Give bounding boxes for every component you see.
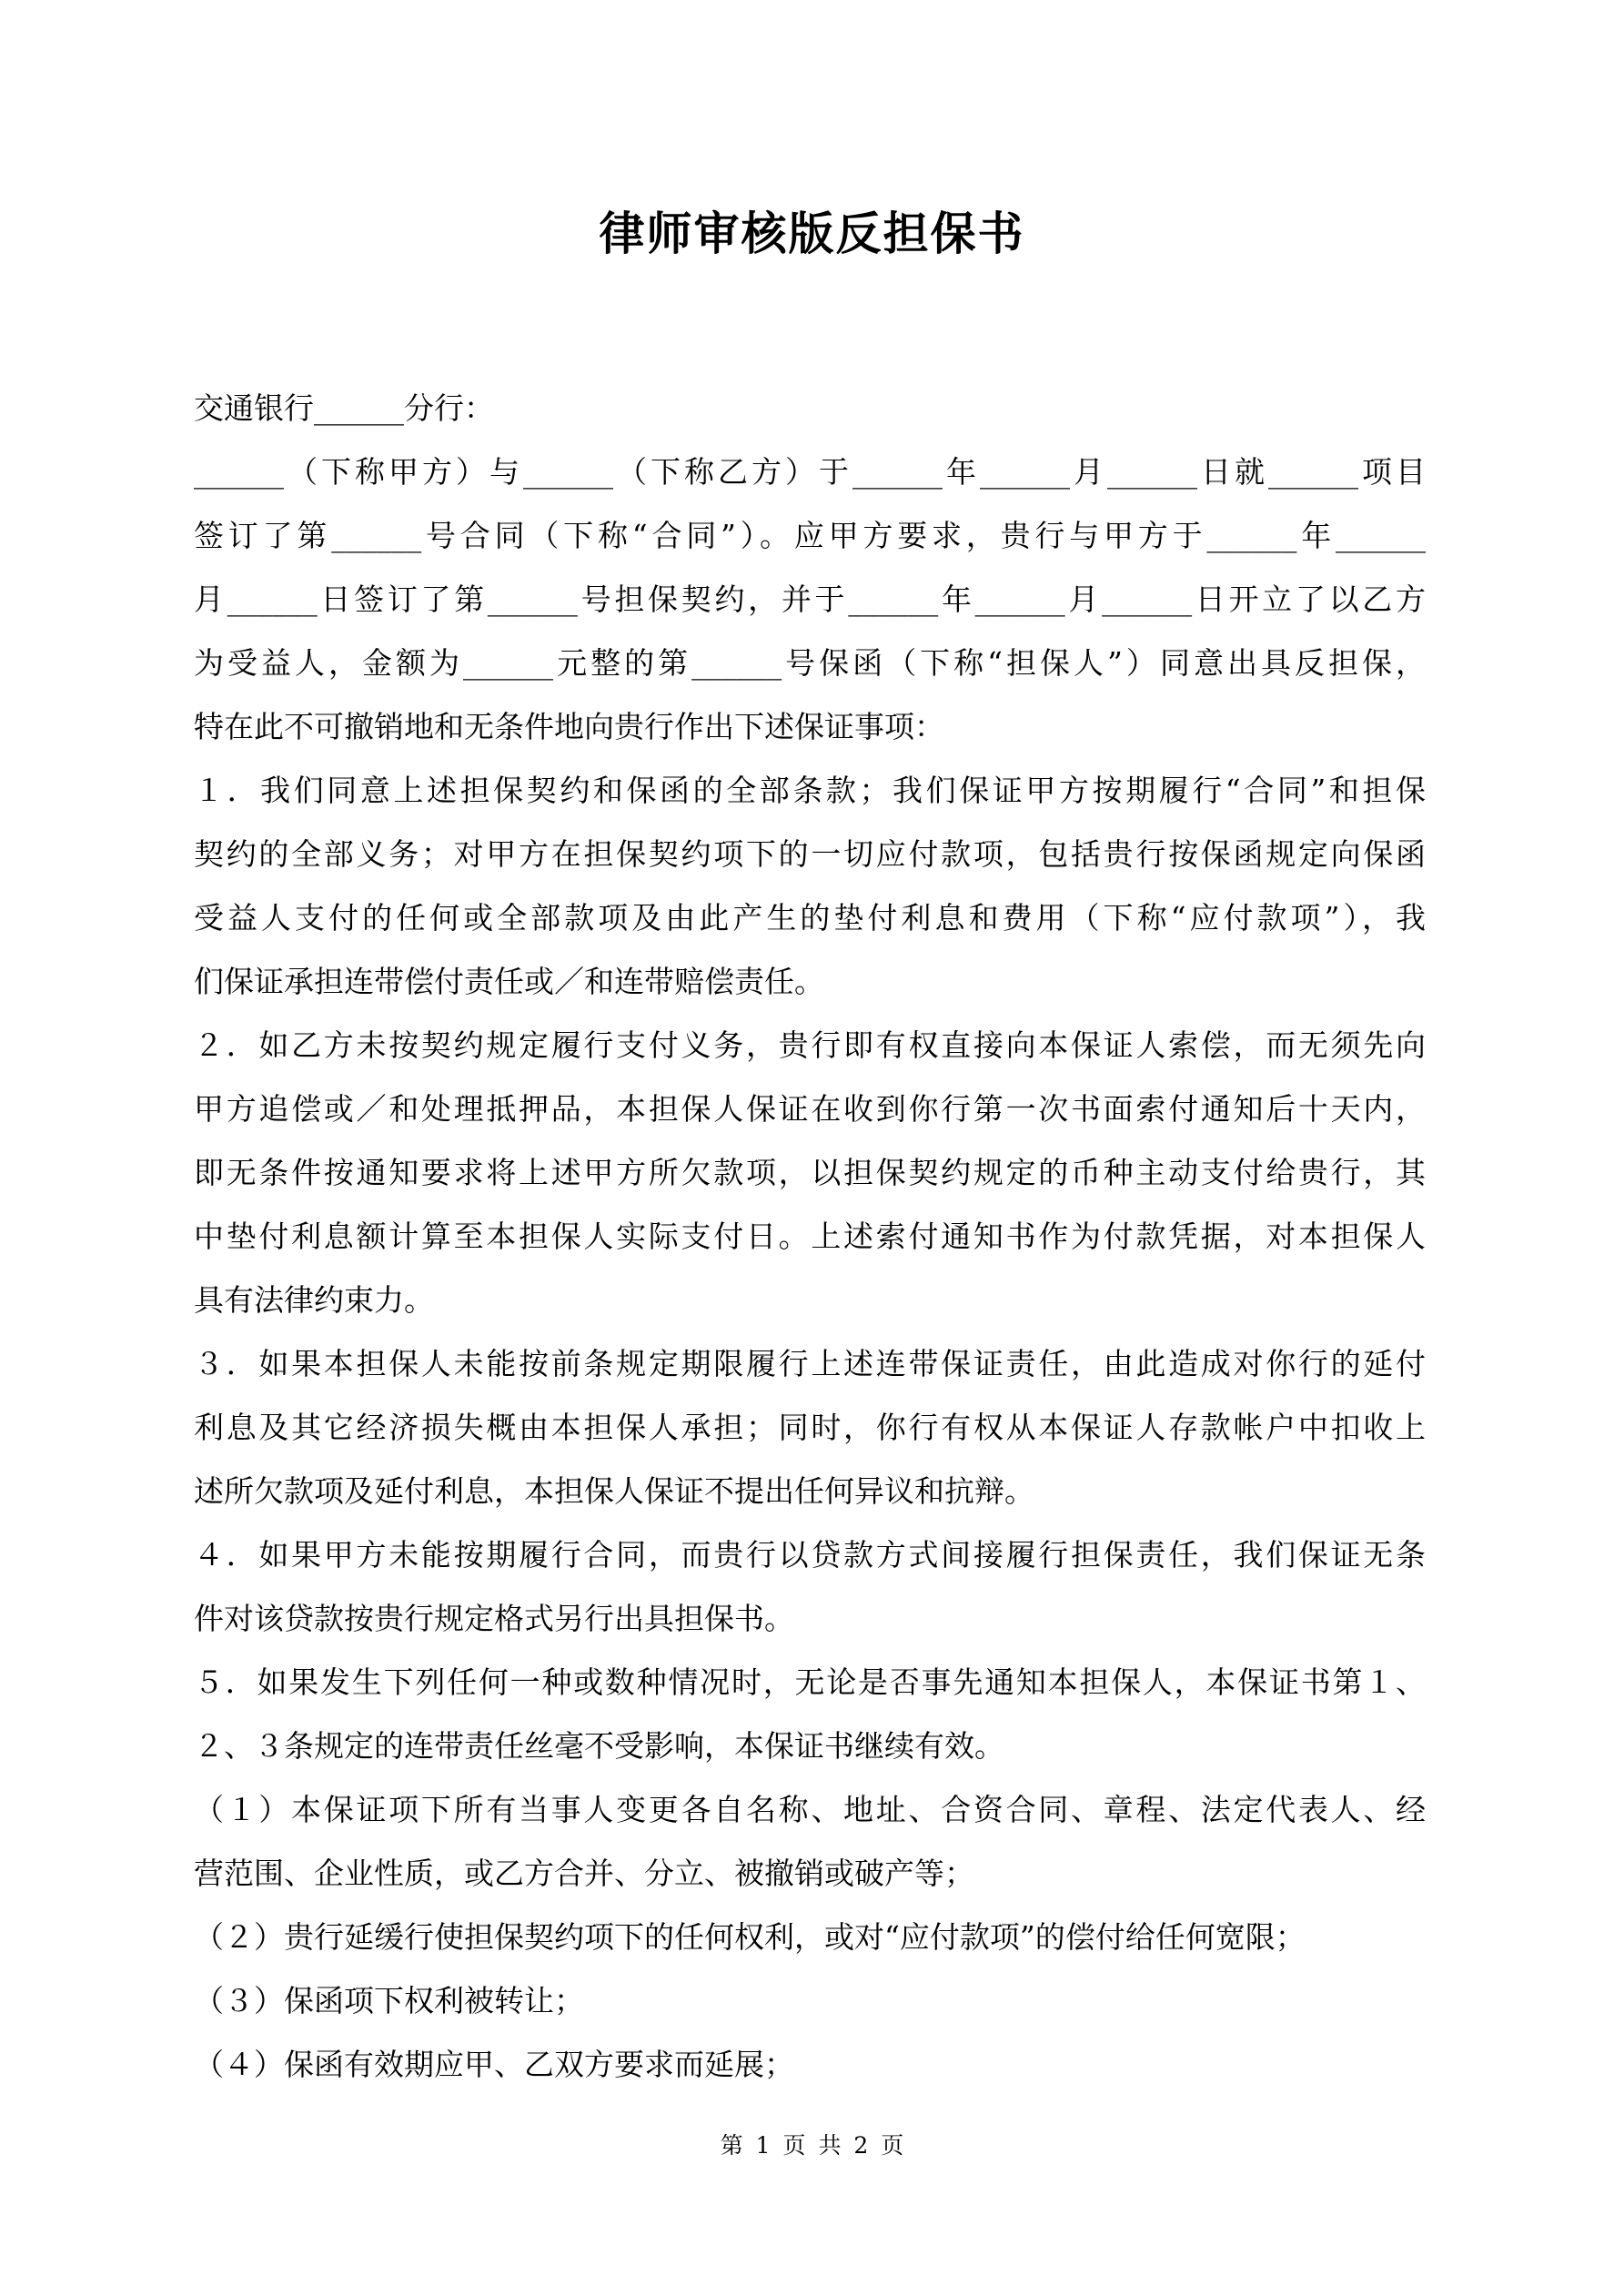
page-indicator: 第 1 页 共 2 页 (0, 2128, 1624, 2164)
clause-1-line: １．我们同意上述担保契约和保函的全部条款；我们保证甲方按期履行“合同”和担保 (194, 759, 1426, 823)
clause-1-line: 契约的全部义务；对甲方在担保契约项下的一切应付款项，包括贵行按保函规定向保函 (194, 823, 1426, 886)
text-line: 为受益人，金额为______元整的第______号保函（下称“担保人”）同意出具… (194, 632, 1426, 695)
clause-2-line: 中垫付利息额计算至本担保人实际支付日。上述索付通知书作为付款凭据，对本担保人 (194, 1205, 1426, 1269)
clause-3-line: 利息及其它经济损失概由本担保人承担；同时，你行有权从本保证人存款帐户中扣收上 (194, 1396, 1426, 1460)
text-line: 交通银行______分行： (194, 377, 1426, 440)
text-line: 特在此不可撤销地和无条件地向贵行作出下述保证事项： (194, 695, 1426, 759)
document-body: 交通银行______分行： ______（下称甲方）与______（下称乙方）于… (194, 377, 1426, 2097)
text-line: ______（下称甲方）与______（下称乙方）于______年______月… (194, 440, 1426, 504)
clause-2-line: 具有法律约束力。 (194, 1269, 1426, 1332)
sub-clause-1-line: （１）本保证项下所有当事人变更各自名称、地址、合资合同、章程、法定代表人、经 (194, 1778, 1426, 1842)
clause-5-line: ２、３条规定的连带责任丝毫不受影响，本保证书继续有效。 (194, 1714, 1426, 1778)
clause-4-line: ４．如果甲方未能按期履行合同，而贵行以贷款方式间接履行担保责任，我们保证无条 (194, 1523, 1426, 1587)
clause-1-line: 们保证承担连带偿付责任或／和连带赔偿责任。 (194, 950, 1426, 1014)
clause-2-line: ２．如乙方未按契约规定履行支付义务，贵行即有权直接向本保证人索偿，而无须先向 (194, 1014, 1426, 1077)
clause-2-line: 即无条件按通知要求将上述甲方所欠款项，以担保契约规定的币种主动支付给贵行，其 (194, 1141, 1426, 1205)
document-title: 律师审核版反担保书 (0, 202, 1624, 266)
clause-3-line: ３．如果本担保人未能按前条规定期限履行上述连带保证责任，由此造成对你行的延付 (194, 1332, 1426, 1396)
clause-2-line: 甲方追偿或／和处理抵押品，本担保人保证在收到你行第一次书面索付通知后十天内， (194, 1077, 1426, 1141)
sub-clause-3-line: （３）保函项下权利被转让； (194, 1969, 1426, 2033)
text-line: 月______日签订了第______号担保契约，并于______年______月… (194, 568, 1426, 632)
text-line: 签订了第______号合同（下称“合同”）。应甲方要求，贵行与甲方于______… (194, 504, 1426, 568)
clause-4-line: 件对该贷款按贵行规定格式另行出具担保书。 (194, 1587, 1426, 1651)
sub-clause-4-line: （４）保函有效期应甲、乙双方要求而延展； (194, 2033, 1426, 2097)
document-page: 律师审核版反担保书 交通银行______分行： ______（下称甲方）与___… (0, 0, 1624, 2296)
sub-clause-2-line: （２）贵行延缓行使担保契约项下的任何权利，或对“应付款项”的偿付给任何宽限； (194, 1906, 1426, 1969)
sub-clause-1-line: 营范围、企业性质，或乙方合并、分立、被撤销或破产等； (194, 1842, 1426, 1906)
clause-3-line: 述所欠款项及延付利息，本担保人保证不提出任何异议和抗辩。 (194, 1460, 1426, 1523)
clause-1-line: 受益人支付的任何或全部款项及由此产生的垫付利息和费用（下称“应付款项”），我 (194, 886, 1426, 950)
clause-5-line: ５．如果发生下列任何一种或数种情况时，无论是否事先通知本担保人，本保证书第１、 (194, 1651, 1426, 1714)
